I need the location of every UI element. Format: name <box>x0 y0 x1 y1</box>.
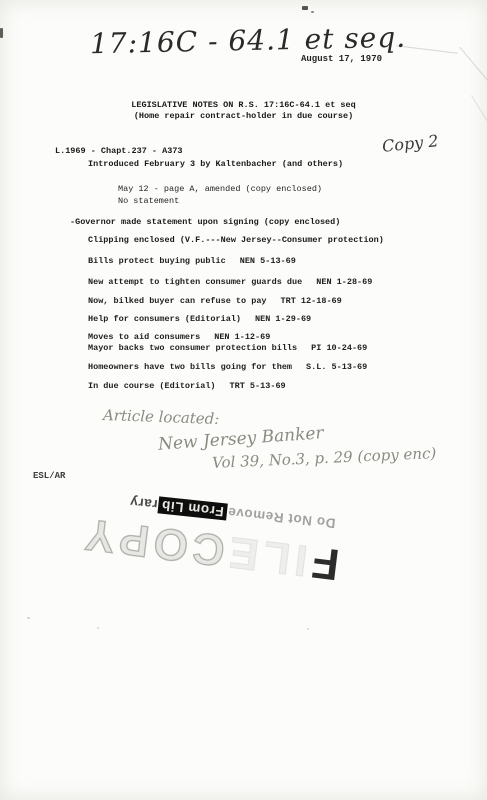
scan-speck <box>307 628 309 630</box>
stamp-filecopy-first-letter: F <box>304 536 342 590</box>
compiler-initials: ESL/AR <box>33 471 65 481</box>
no-statement-line: No statement <box>118 196 179 206</box>
clipping-citation: TRT 5-13-69 <box>230 381 286 391</box>
introduced-line: Introduced February 3 by Kaltenbacher (a… <box>88 159 343 169</box>
scan-speck <box>27 617 30 619</box>
clipping-list: Bills protect buying publicNEN 5-13-69Ne… <box>88 252 448 397</box>
clipping-row: Mayor backs two consumer protection bill… <box>88 343 367 353</box>
paper-crease <box>459 47 487 98</box>
clipping-title: Bills protect buying public <box>88 256 226 266</box>
title-line-1: LEGISLATIVE NOTES ON R.S. 17:16C-64.1 et… <box>0 100 487 111</box>
stamp-filecopy-last: COPY <box>78 508 228 575</box>
scan-speck <box>0 28 3 38</box>
clipping-row: New attempt to tighten consumer guards d… <box>88 277 372 287</box>
clipping-citation: PI 10-24-69 <box>311 343 367 353</box>
clipping-citation: NEN 1-28-69 <box>316 277 372 287</box>
clipping-row: Bills protect buying publicNEN 5-13-69 <box>88 256 296 266</box>
clipping-title: Homeowners have two bills going for them <box>88 362 292 372</box>
clipping-citation: NEN 1-29-69 <box>255 314 311 324</box>
handwritten-note-line-1: Article located: <box>103 406 220 428</box>
scan-speck <box>311 11 314 13</box>
title-line-2: (Home repair contract-holder in due cour… <box>0 111 487 122</box>
clipping-title: Moves to aid consumers <box>88 332 200 342</box>
clipping-citation: S.L. 5-13-69 <box>306 362 367 372</box>
handwritten-copy-annotation: Copy 2 <box>381 131 439 156</box>
clipping-row: Moves to aid consumersNEN 1-12-69 <box>88 332 270 342</box>
clipping-citation: TRT 12-18-69 <box>281 296 342 306</box>
clipping-row: In due course (Editorial)TRT 5-13-69 <box>88 381 286 391</box>
governor-statement-line: -Governor made statement upon signing (c… <box>70 217 340 227</box>
document-date: August 17, 1970 <box>301 54 382 64</box>
stamp-filecopy-middle: ILE <box>221 525 310 585</box>
clipping-title: New attempt to tighten consumer guards d… <box>88 277 302 287</box>
clipping-citation: NEN 1-12-69 <box>214 332 270 342</box>
law-citation: L.1969 - Chapt.237 - A373 <box>55 146 183 156</box>
clipping-citation: NEN 5-13-69 <box>240 256 296 266</box>
clipping-enclosed-line: Clipping enclosed (V.F.---New Jersey--Co… <box>88 235 384 245</box>
clipping-row: Homeowners have two bills going for them… <box>88 362 367 372</box>
clipping-title: Now, bilked buyer can refuse to pay <box>88 296 267 306</box>
scan-speck <box>302 6 308 10</box>
clipping-row: Now, bilked buyer can refuse to payTRT 1… <box>88 296 342 306</box>
clipping-title: In due course (Editorial) <box>88 381 216 391</box>
scan-speck <box>97 627 99 629</box>
document-title: LEGISLATIVE NOTES ON R.S. 17:16C-64.1 et… <box>0 100 487 122</box>
scanned-document-page: 17:16C - 64.1 et seq. August 17, 1970 LE… <box>0 0 487 800</box>
clipping-title: Help for consumers (Editorial) <box>88 314 241 324</box>
clipping-title: Mayor backs two consumer protection bill… <box>88 343 297 353</box>
clipping-row: Help for consumers (Editorial)NEN 1-29-6… <box>88 314 311 324</box>
amended-line: May 12 - page A, amended (copy enclosed) <box>118 184 322 194</box>
